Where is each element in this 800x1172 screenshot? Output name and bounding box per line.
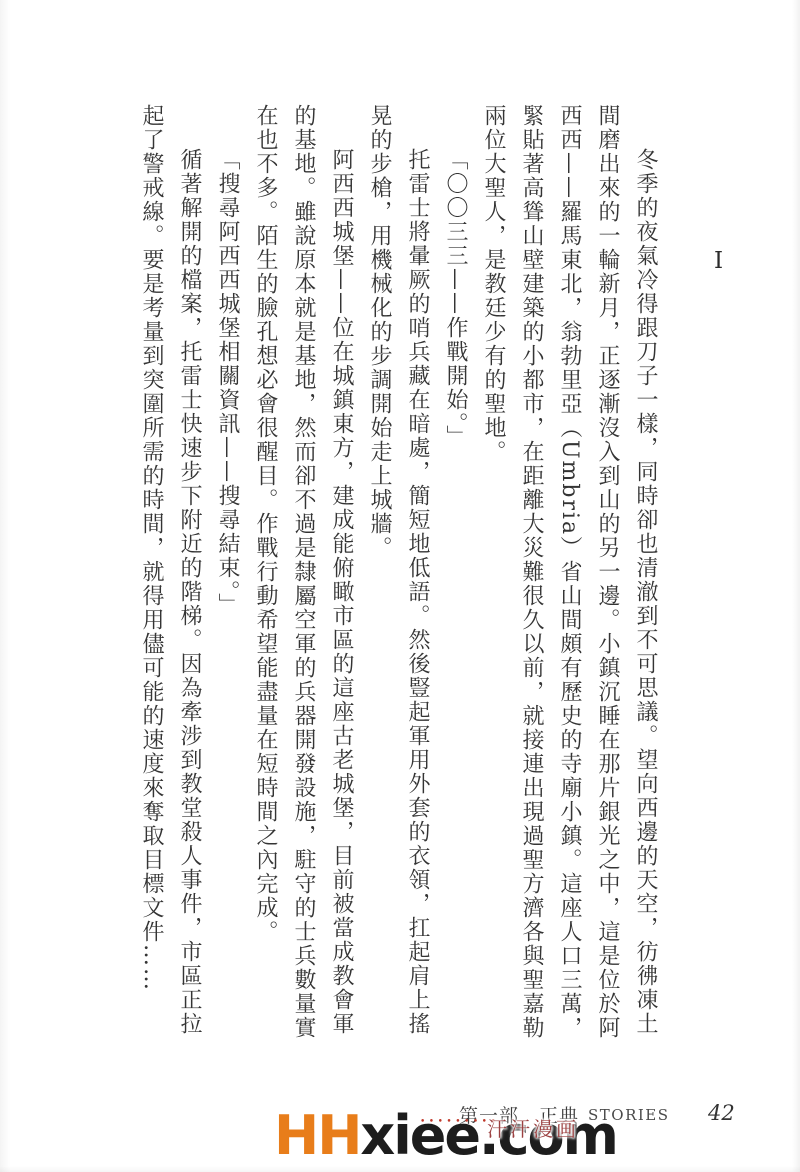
scan-edge-left	[0, 0, 10, 1172]
paragraph-sentry: 托雷士將暈厥的哨兵藏在暗處，簡短地低語。然後豎起軍用外套的衣領，扛起肩上搖晃的步…	[360, 104, 436, 1044]
scanned-novel-page: I 冬季的夜氣冷得跟刀子一樣，同時卻也清澈到不可思議。望向西邊的天空，彷彿凍土間…	[0, 0, 800, 1172]
paragraph-opening: 冬季的夜氣冷得跟刀子一樣，同時卻也清澈到不可思議。望向西邊的天空，彷彿凍土間磨出…	[474, 104, 664, 1044]
paragraph-castle: 阿西西城堡——位在城鎮東方，建成能俯瞰市區的這座古老城堡，目前被當成教會軍的基地…	[246, 104, 360, 1044]
section-numeral: I	[714, 248, 723, 274]
scan-edge-right	[792, 0, 800, 1172]
site-watermark-chinese: 汗汗漫画	[487, 1113, 579, 1142]
page-number: 42	[708, 1101, 735, 1125]
dialogue-search-end: 「搜尋阿西西城堡相關資訊——搜尋結束。」	[208, 104, 246, 1044]
site-watermark-prefix: HH	[274, 1104, 360, 1167]
dialogue-operation-start: 「〇〇三三——作戰開始。」	[436, 104, 474, 1044]
paragraph-escape: 循著解開的檔案，托雷士快速步下附近的階梯。因為牽涉到教堂殺人事件，市區正拉起了警…	[132, 104, 208, 1044]
novel-body-text: 冬季的夜氣冷得跟刀子一樣，同時卻也清澈到不可思議。望向西邊的天空，彷彿凍土間磨出…	[128, 104, 664, 1044]
